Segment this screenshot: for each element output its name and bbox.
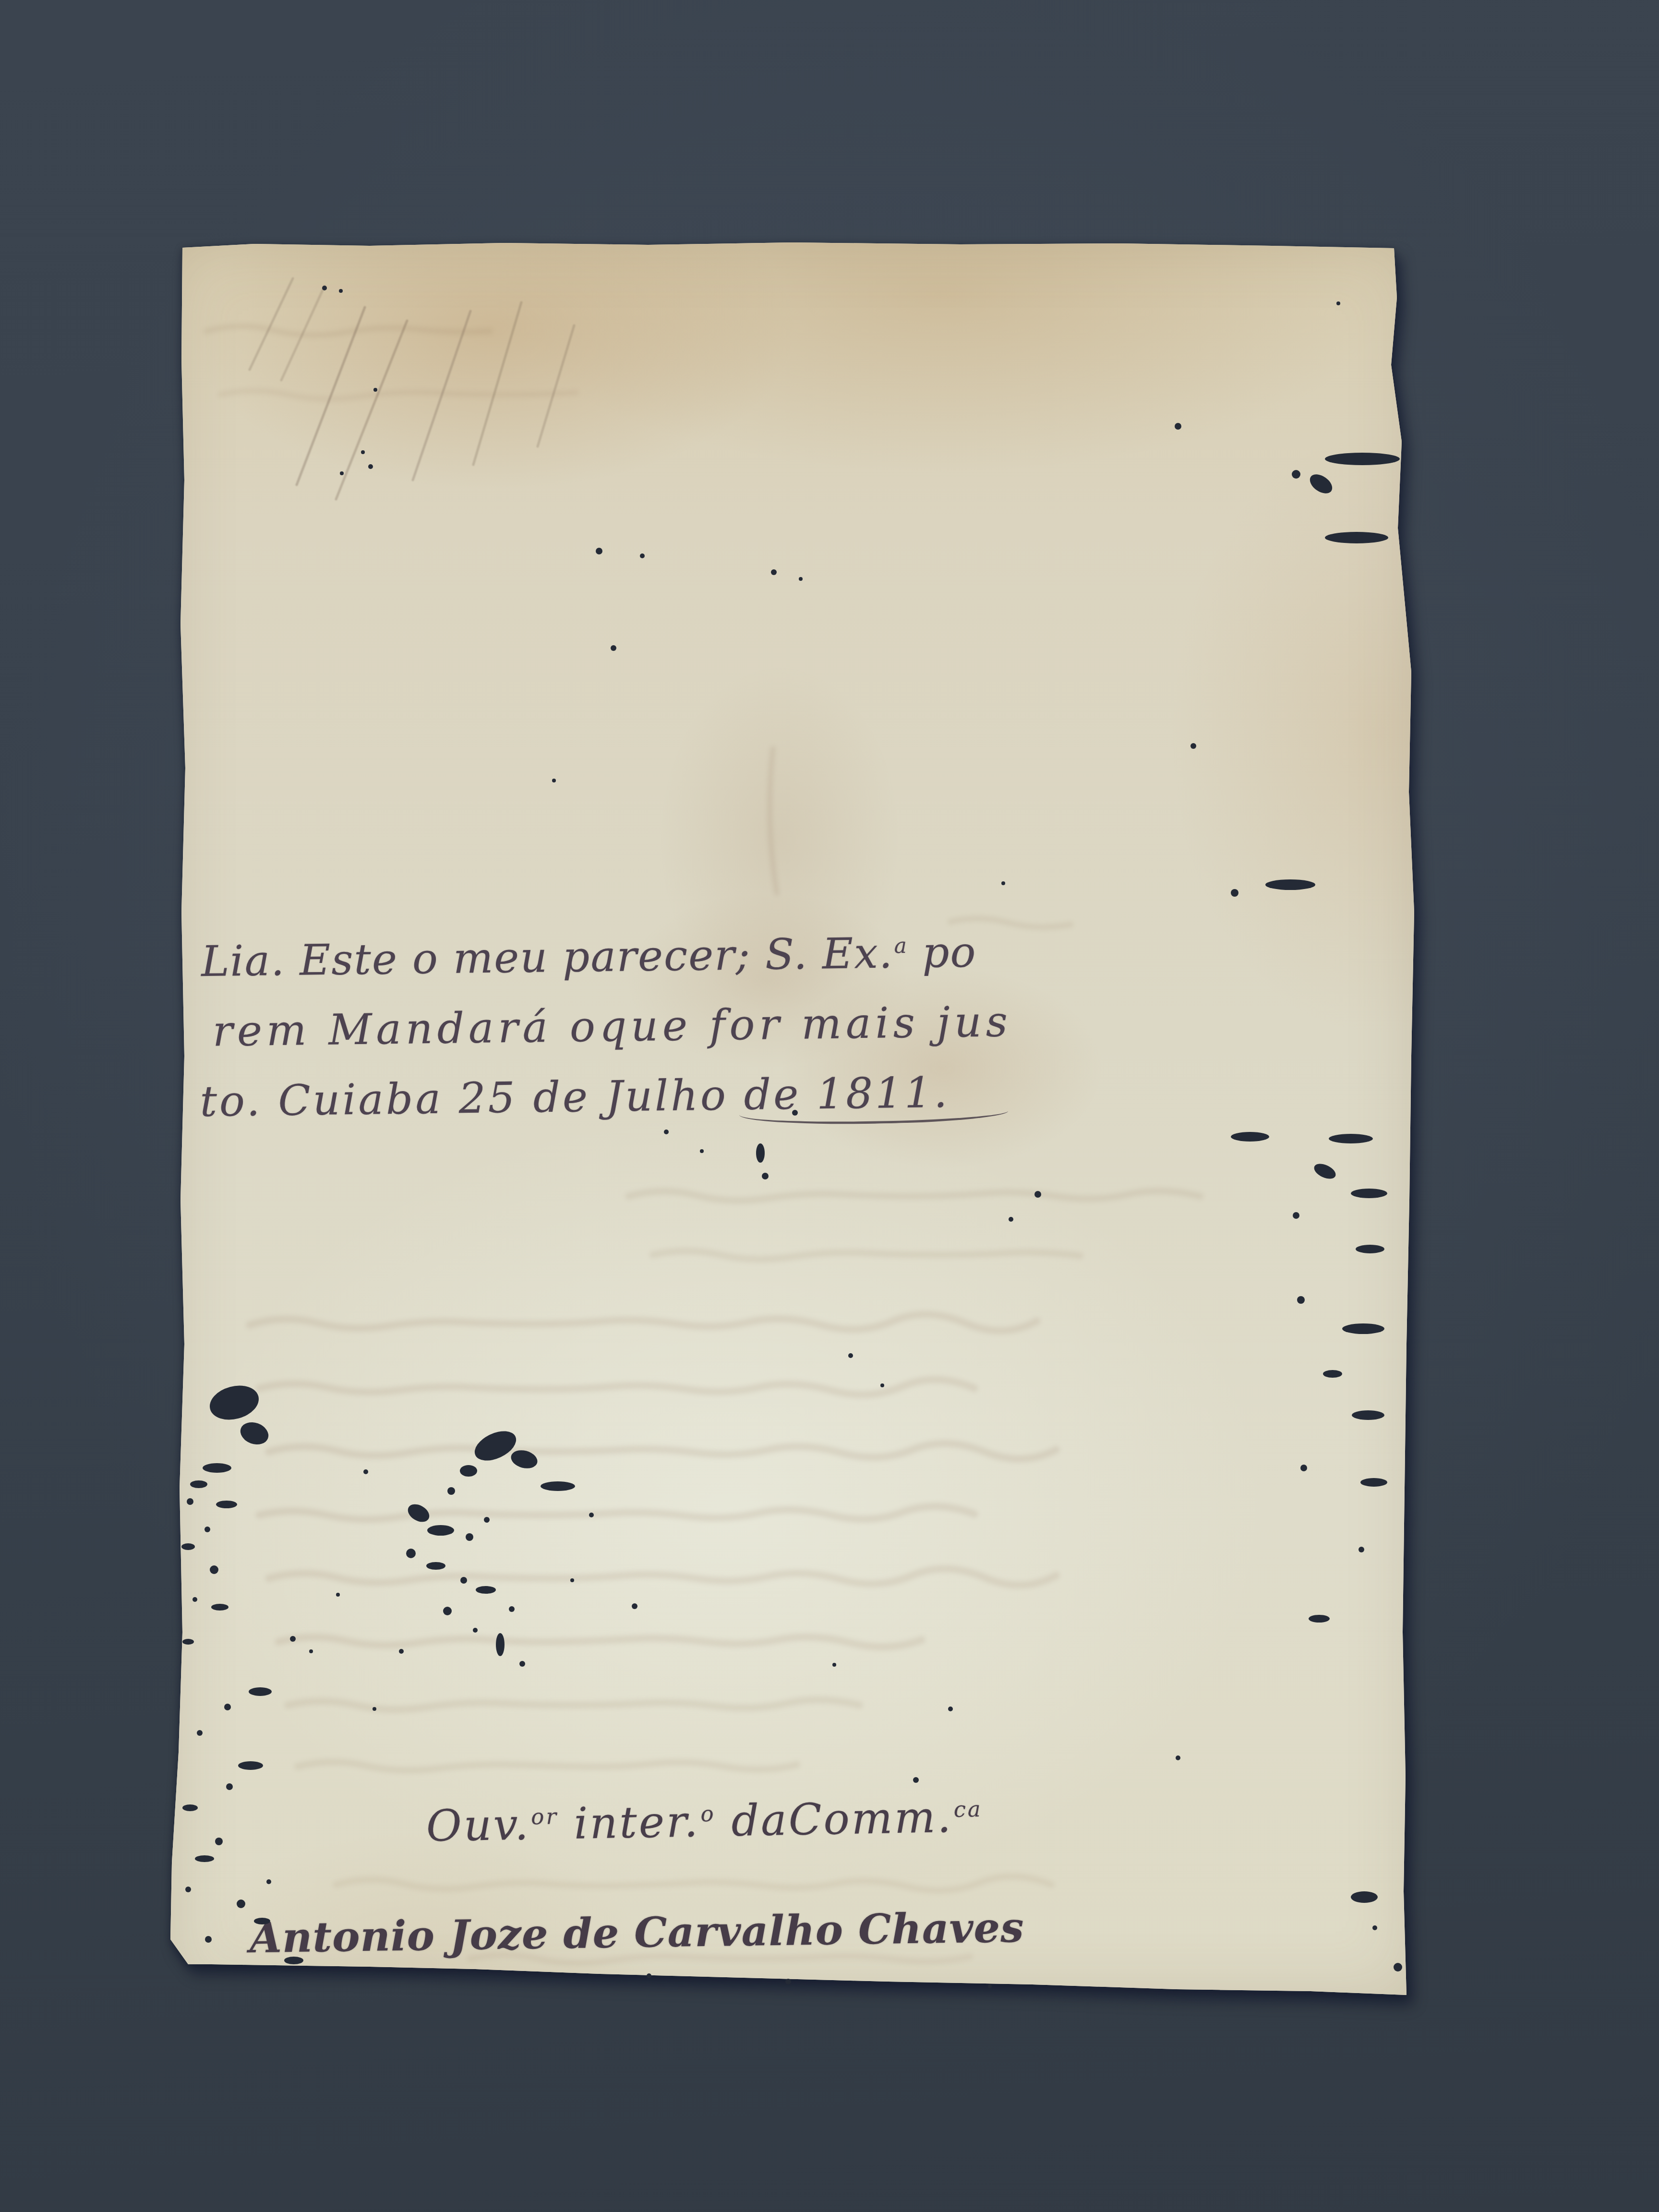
- document-photo: Lia. Este o meu parecer; S. Ex.a po rem …: [0, 0, 1659, 2212]
- ink-blot-layer: [0, 0, 1659, 2212]
